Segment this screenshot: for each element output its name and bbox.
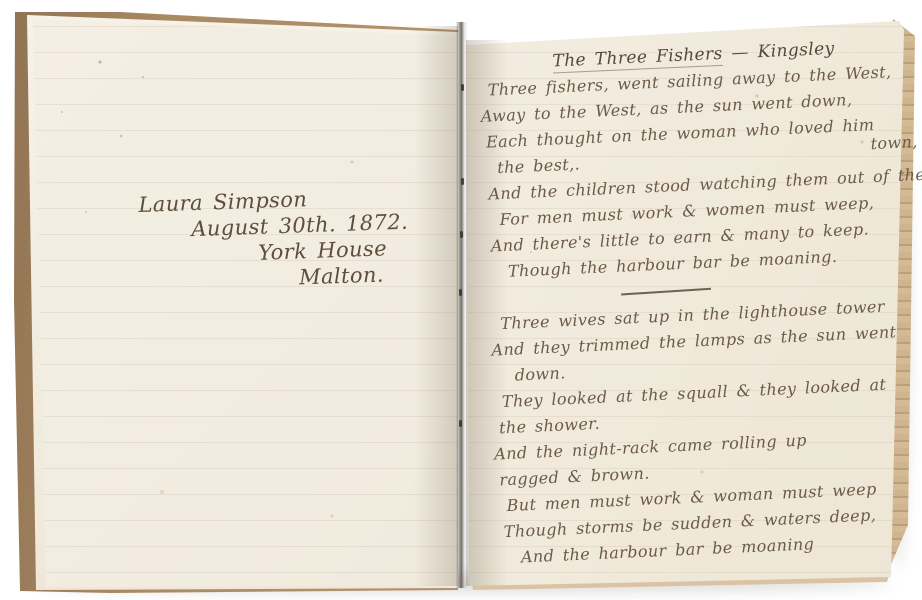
book-gutter [456,22,468,588]
photo-background: Laura Simpson August 30th. 1872. York Ho… [0,0,922,600]
stanza-divider [621,288,711,296]
left-page-inscription: Laura Simpson August 30th. 1872. York Ho… [138,181,461,296]
binding-stitch [461,178,464,185]
binding-stitch [459,289,462,296]
right-page-poem: The Three Fishers — Kingsley Three fishe… [476,32,922,571]
binding-stitch [460,231,463,238]
binding-stitch [461,84,464,91]
binding-stitch [459,420,462,427]
margin-word-town: town, [870,129,918,157]
title-separator: — [731,43,749,64]
gutter-shadow-left [414,26,458,586]
poem-line-text: the best,. [497,154,581,177]
poem-author: Kingsley [757,39,835,62]
